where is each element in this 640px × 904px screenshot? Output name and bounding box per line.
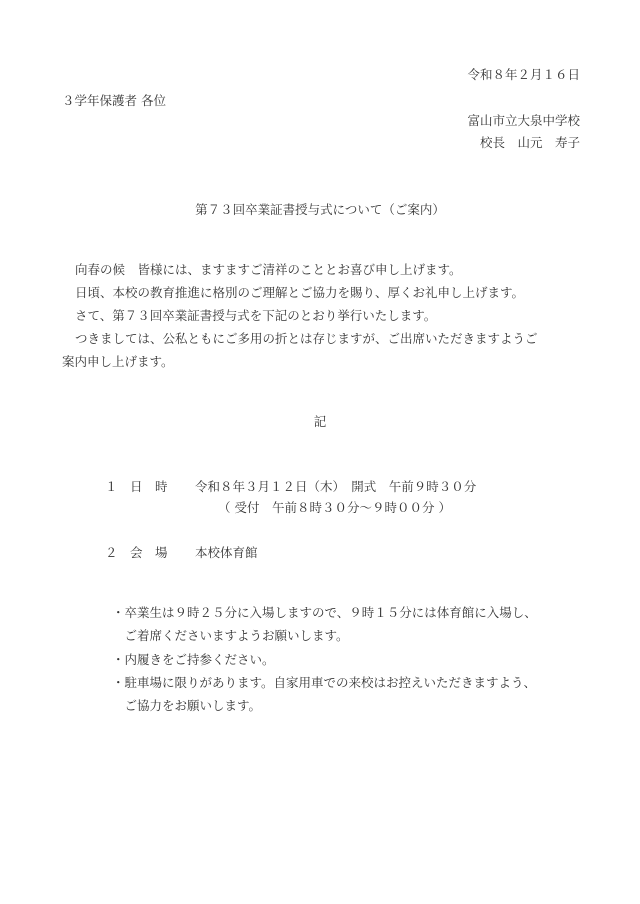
issue-date: 令和８年２月１６日 [467, 67, 580, 83]
body-paragraph: さて、第７３回卒業証書授与式を下記のとおり挙行いたします。 [75, 308, 436, 324]
note-line: ・駐車場に限りがあります。自家用車での来校はお控えいただきますよう、 [112, 675, 536, 691]
item-label: 日 時 [130, 479, 168, 495]
body-paragraph: 日頃、本校の教育推進に格別のご理解とご協力を賜り、厚くお礼申し上げます。 [75, 285, 524, 301]
note-line: ・卒業生は９時２５分に入場しますので、９時１５分には体育館に入場し、 [112, 605, 537, 621]
note-line: ご協力をお願いします。 [112, 698, 261, 714]
note-line: ご着席くださいますようお願いします。 [112, 628, 349, 644]
item-value: 本校体育館 [195, 545, 258, 561]
body-paragraph: 案内申し上げます。 [62, 354, 174, 370]
item-label: 会 場 [130, 545, 168, 561]
recipient: ３学年保護者 各位 [62, 93, 166, 109]
ki-heading: 記 [0, 414, 640, 430]
sender-school: 富山市立大泉中学校 [467, 113, 580, 129]
note-line: ・内履きをご持参ください。 [112, 652, 275, 668]
item-value: 令和８年３月１２日（木） 開式 午前９時３０分 [195, 479, 476, 495]
sender-principal: 校長 山元 寿子 [480, 135, 580, 151]
body-paragraph: 向春の候 皆様には、ますますご清祥のこととお喜び申し上げます。 [75, 262, 462, 278]
item-number: ２ [105, 545, 118, 561]
item-number: １ [105, 479, 118, 495]
document-title: 第７３回卒業証書授与式について（ご案内） [0, 202, 640, 218]
body-paragraph: つきましては、公私ともにご多用の折とは存じますが、ご出席いただきますようご [75, 331, 538, 347]
item-subvalue: （ 受付 午前８時３０分～９時００分 ） [218, 500, 451, 516]
